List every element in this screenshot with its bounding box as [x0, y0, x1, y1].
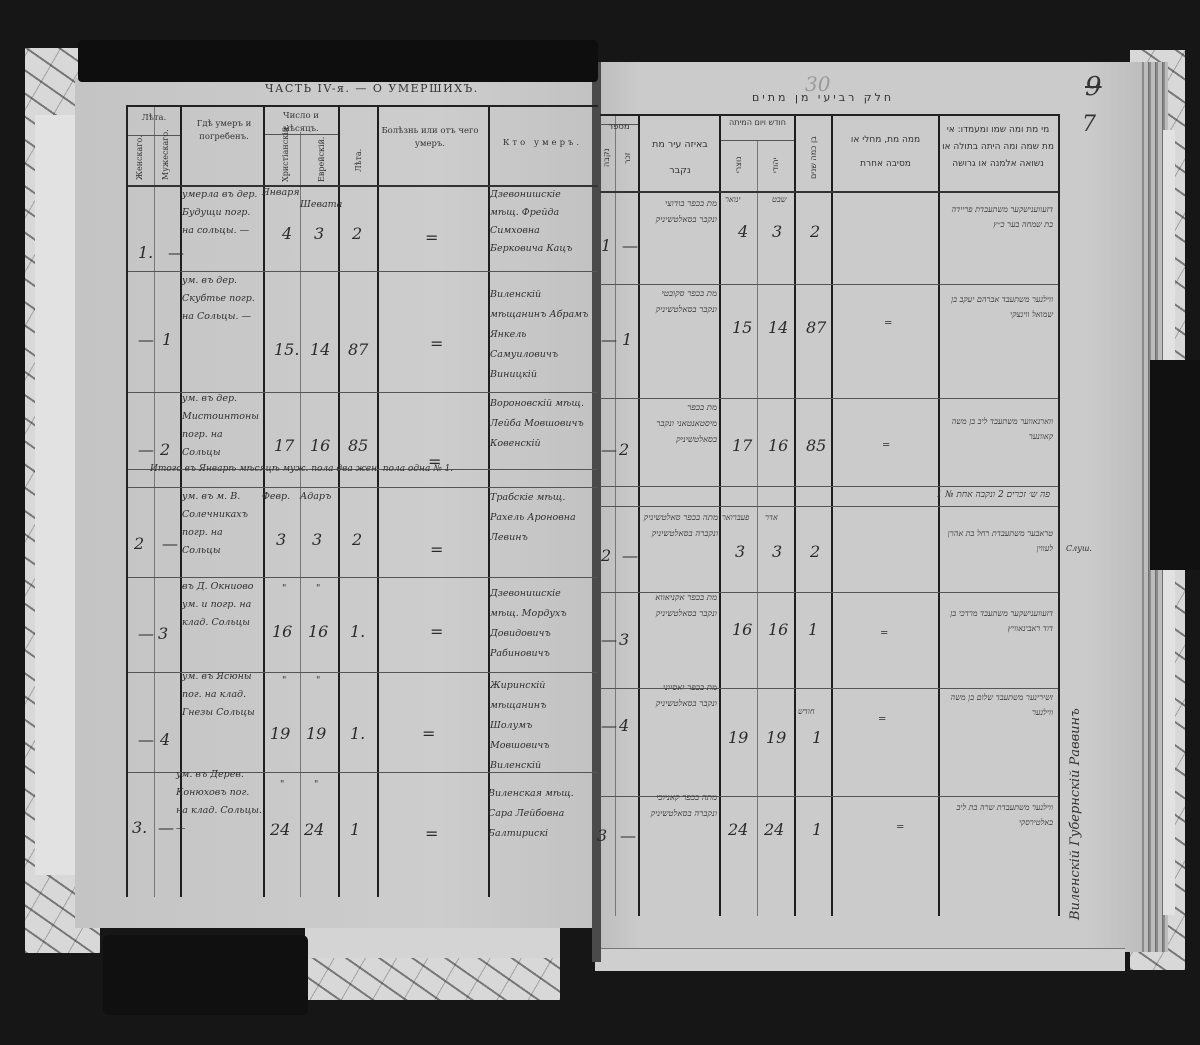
- heb-row6-jewish: 16: [768, 620, 788, 639]
- row1-who: Дзевонишскіе мѣщ. Фрейда Симховна Берков…: [490, 186, 590, 258]
- row5-female: 2: [134, 534, 144, 553]
- header-who-died: Кто умеръ.: [490, 137, 595, 150]
- heb-row5-month-jew: אדר: [765, 510, 778, 525]
- heb-row2-city: מת בכפר סקובטי ונקבר בסאלטשיניק: [645, 286, 717, 318]
- heb-row7-f: —: [601, 716, 617, 735]
- row8-who: Виленская мѣщ. Сара Лейбовна Балтирискі: [488, 784, 593, 844]
- heb-row6-f: —: [601, 630, 617, 649]
- row7-month-jew: ": [316, 672, 320, 690]
- heb-row7-cause: =: [878, 714, 886, 725]
- heb-row8-who: ווילנער משתעבדת שרה בת ליב באלטירסקי: [945, 800, 1053, 830]
- row1-age: 2: [352, 224, 362, 243]
- heb-row7-age-note: חודש: [798, 704, 815, 719]
- row6-male: 3: [158, 624, 168, 643]
- header-christian: Христіанскій.: [280, 138, 292, 182]
- row3-male: 2: [160, 440, 170, 459]
- row2-female: —: [138, 330, 154, 349]
- row3-female: —: [138, 440, 154, 459]
- heb-row1-christian: 4: [738, 222, 748, 241]
- heb-row3-who: ווארנאווער משתעבד ליב בן משה קאוונער: [945, 414, 1053, 444]
- header-date-heb: חודש ויום המיתה: [721, 117, 794, 129]
- row2-cause: =: [430, 334, 443, 353]
- heb-row2-age: 87: [806, 318, 826, 337]
- header-city-heb: באיזה עיר מת נקבר: [645, 132, 715, 183]
- row5-jewish: 3: [312, 530, 322, 549]
- heb-row6-cause: =: [880, 628, 888, 639]
- header-female-heb: נקבה: [601, 140, 613, 176]
- heb-row3-cause: =: [882, 440, 890, 451]
- row5-christian: 3: [276, 530, 286, 549]
- row6-cause: =: [430, 622, 443, 641]
- row2-who: Виленскій мѣщанинъ Абрамъ Янкель Самуило…: [490, 285, 590, 385]
- row6-month-chr: ": [282, 580, 286, 598]
- row7-month-chr: ": [282, 672, 286, 690]
- paper-strip-right-bottom: [1163, 565, 1175, 915]
- heb-row6-city: מת בכפר אקניאווא ונקבר בסאלטשיניק: [645, 590, 717, 622]
- heb-row1-age: 2: [810, 222, 820, 241]
- header-who-heb: מי מת ומה שמו ומעמדו: אי מת שמה ומה היתה…: [942, 122, 1054, 173]
- row1-month-jew: Шевата: [300, 196, 342, 214]
- heb-row8-city: מתה בכפר קאניוכי ונקברה בסאלטשיניק: [645, 790, 717, 822]
- heb-row5-who: טראבער משתעבדת רחל בת אהרן לעווין: [945, 526, 1053, 556]
- heb-row1-m: —: [622, 236, 638, 255]
- header-christian-heb: נוצרי: [733, 150, 745, 180]
- row6-month-jew: ": [316, 580, 320, 598]
- heb-row8-f: 3: [597, 826, 607, 845]
- heb-row5-city: מתה בכפר סאלטשיניק ונקברה בסאלטשיניק: [640, 510, 718, 542]
- heb-row7-jewish: 19: [766, 728, 786, 747]
- heb-row2-christian: 15: [732, 318, 752, 337]
- row6-jewish: 16: [308, 622, 328, 641]
- bottom-edge-left: [305, 928, 560, 958]
- black-tape-bottom: [103, 935, 308, 1015]
- right-page-title: חלק רביעי מן מתים: [752, 91, 894, 104]
- row8-jewish: 24: [304, 820, 324, 839]
- heb-row3-jewish: 16: [768, 436, 788, 455]
- row3-who: Вороновскій мѣщ. Лейба Мовшовичъ Ковенск…: [490, 394, 590, 454]
- heb-row6-m: 3: [619, 630, 629, 649]
- row5-month-jew: Адаръ: [300, 488, 331, 506]
- row8-month-chr: ": [280, 776, 284, 794]
- marbled-endpaper-bottom: [305, 955, 560, 1000]
- header-cause: Болѣзнь или отъ чего умеръ.: [380, 125, 480, 151]
- corner-number-bottom: 7: [1082, 112, 1096, 137]
- row7-cause: =: [422, 724, 435, 743]
- row1-male: —: [168, 243, 184, 262]
- heb-row5-christian: 3: [735, 542, 745, 561]
- row7-who: Жиринскій мѣщанинъ Шолумъ Мовшовичъ Виле…: [490, 676, 590, 776]
- heb-row5-jewish: 3: [772, 542, 782, 561]
- row8-age: 1: [350, 820, 360, 839]
- row2-place: ум. въ дер. Скубтье погр. на Сольцы. —: [182, 272, 258, 326]
- header-male: Мужескаго.: [160, 140, 172, 180]
- heb-row1-jewish: 3: [772, 222, 782, 241]
- row7-female: —: [138, 730, 154, 749]
- row6-place: въ Д. Окниово ум. и погр. на клад. Сольц…: [182, 578, 260, 632]
- row2-age: 87: [348, 340, 368, 359]
- header-jewish-heb: יהודי: [770, 150, 782, 180]
- row3-christian: 17: [274, 436, 294, 455]
- heb-row2-jewish: 14: [768, 318, 788, 337]
- row7-place: ум. въ Ясюны пог. на клад. Гнезы Сольцы: [182, 668, 260, 722]
- heb-row1-city: מת בכפר בודוצי ונקבר בסאלטשיניק: [645, 196, 717, 228]
- row2-jewish: 14: [310, 340, 330, 359]
- row6-christian: 16: [272, 622, 292, 641]
- row6-age: 1.: [350, 622, 365, 641]
- heb-row3-christian: 17: [732, 436, 752, 455]
- heb-row7-m: 4: [619, 716, 629, 735]
- row1-female: 1.: [138, 243, 153, 262]
- row3-jewish: 16: [310, 436, 330, 455]
- header-female: Женскаго.: [134, 140, 146, 180]
- heb-row3-f: —: [601, 440, 617, 459]
- left-page-title: ЧАСТЬ IV-я. — О УМЕРШИХЪ.: [265, 82, 479, 95]
- row8-female: 3.: [132, 818, 147, 837]
- row5-male: —: [162, 534, 178, 553]
- row6-who: Дзевонишскіе мѣщ. Мордухъ Довидовичъ Раб…: [490, 584, 590, 664]
- heb-row7-who: זשירינער משתעבד שלום בן משה ווילנער: [945, 690, 1053, 720]
- heb-row3-m: 2: [619, 440, 629, 459]
- heb-row3-age: 85: [806, 436, 826, 455]
- row5-month-chr: Февр.: [262, 488, 290, 506]
- heb-row2-m: 1: [622, 330, 632, 349]
- row1-cause: =: [425, 228, 438, 247]
- row3-place: ум. въ дер. Мистоинтоны погр. на Сольцы: [182, 390, 258, 462]
- row8-male: —: [158, 818, 174, 837]
- row1-jewish: 3: [314, 224, 324, 243]
- heb-row1-who: דזעווענישקער משתעבדת פריידה בת שמחה בער …: [945, 202, 1053, 232]
- header-where-died: Гдѣ умеръ и погребенъ.: [185, 118, 263, 144]
- rabbi-signature: Виленскій Губернскій Раввинъ: [1068, 670, 1083, 920]
- heb-row5-age: 2: [810, 542, 820, 561]
- heb-row6-age: 1: [808, 620, 818, 639]
- black-clip-right: [1150, 360, 1200, 570]
- black-tape-top: [78, 40, 598, 82]
- row3-age: 85: [348, 436, 368, 455]
- heb-row1-month-jew: שבט: [772, 192, 786, 207]
- header-cause-heb: ממה מת, מחלי או מסיבה אחרת: [838, 128, 933, 177]
- row1-month-chr: Января: [262, 184, 300, 202]
- header-male-heb: זכר: [622, 140, 634, 176]
- heb-row7-christian: 19: [728, 728, 748, 747]
- row2-christian: 15.: [274, 340, 299, 359]
- row8-place: ум. въ Дерев. Конюховъ пог. на клад. Сол…: [176, 766, 262, 838]
- row5-place: ум. въ м. В. Солечникахъ погр. на Сольцы: [182, 488, 262, 560]
- heb-row3-city: מת בכפר מיסטאנטאני ונקבר בסאלטשיניק: [645, 400, 717, 448]
- january-summary: Итого въ Январѣ мѣсяцѣ муж. пола два жен…: [150, 461, 600, 478]
- heb-row2-cause: =: [884, 318, 892, 329]
- row1-place: умерла въ дер. Будущи погр. на сольцы. —: [182, 186, 258, 240]
- row7-male: 4: [160, 730, 170, 749]
- paper-strip-right-top: [1163, 130, 1175, 380]
- heb-row6-who: דזעווענישקער משתעבד מרדכי בן דוד ראבינאו…: [945, 606, 1053, 636]
- row7-jewish: 19: [306, 724, 326, 743]
- corner-number-top: 9: [1085, 72, 1102, 102]
- heb-row8-cause: =: [896, 822, 904, 833]
- heb-row1-f: 1: [601, 236, 611, 255]
- header-jewish: Еврейскій.: [316, 138, 328, 182]
- header-age: Лѣта.: [353, 140, 365, 180]
- header-age-heb: בן כמה שנים: [808, 130, 820, 186]
- heb-row5-m: —: [622, 546, 638, 565]
- heb-row5-margin-note: Слуш.: [1066, 541, 1092, 556]
- header-date: Число и мѣсяцъ.: [264, 110, 338, 136]
- heb-row5-f: 2: [601, 546, 611, 565]
- heb-row8-jewish: 24: [764, 820, 784, 839]
- row6-female: —: [138, 624, 154, 643]
- bottom-edge-right: [595, 948, 1125, 971]
- heb-row7-age: 1: [812, 728, 822, 747]
- row5-who: Трабскіе мѣщ. Рахель Ароновна Левинъ: [490, 488, 590, 548]
- row7-christian: 19: [270, 724, 290, 743]
- paper-strip-left: [35, 115, 75, 875]
- row8-christian: 24: [270, 820, 290, 839]
- heb-row8-age: 1: [812, 820, 822, 839]
- row8-cause: =: [425, 824, 438, 843]
- heb-row8-m: —: [620, 826, 636, 845]
- row1-christian: 4: [282, 224, 292, 243]
- header-years: Лѣта.: [128, 112, 180, 125]
- heb-row2-who: ווילנער משתעבד אברהם יעקב בן שמואל ווינצ…: [945, 292, 1053, 322]
- heb-row5-month-chr: פעברואר: [722, 510, 749, 525]
- row7-age: 1.: [350, 724, 365, 743]
- heb-summary: פה ש׳ זכרים 2 ונקבה אחת № 1: [800, 487, 1050, 504]
- heb-row6-christian: 16: [732, 620, 752, 639]
- row2-male: 1: [162, 330, 172, 349]
- heb-row8-christian: 24: [728, 820, 748, 839]
- header-number-heb: מספר: [600, 121, 638, 134]
- heb-row2-f: —: [601, 330, 617, 349]
- row5-age: 2: [352, 530, 362, 549]
- heb-row7-city: מת בכפר יאסיוני ונקבר בסאלטשיניק: [645, 680, 717, 712]
- heb-row1-month-chr: ינואר: [725, 192, 740, 207]
- row8-month-jew: ": [314, 776, 318, 794]
- row5-cause: =: [430, 540, 443, 559]
